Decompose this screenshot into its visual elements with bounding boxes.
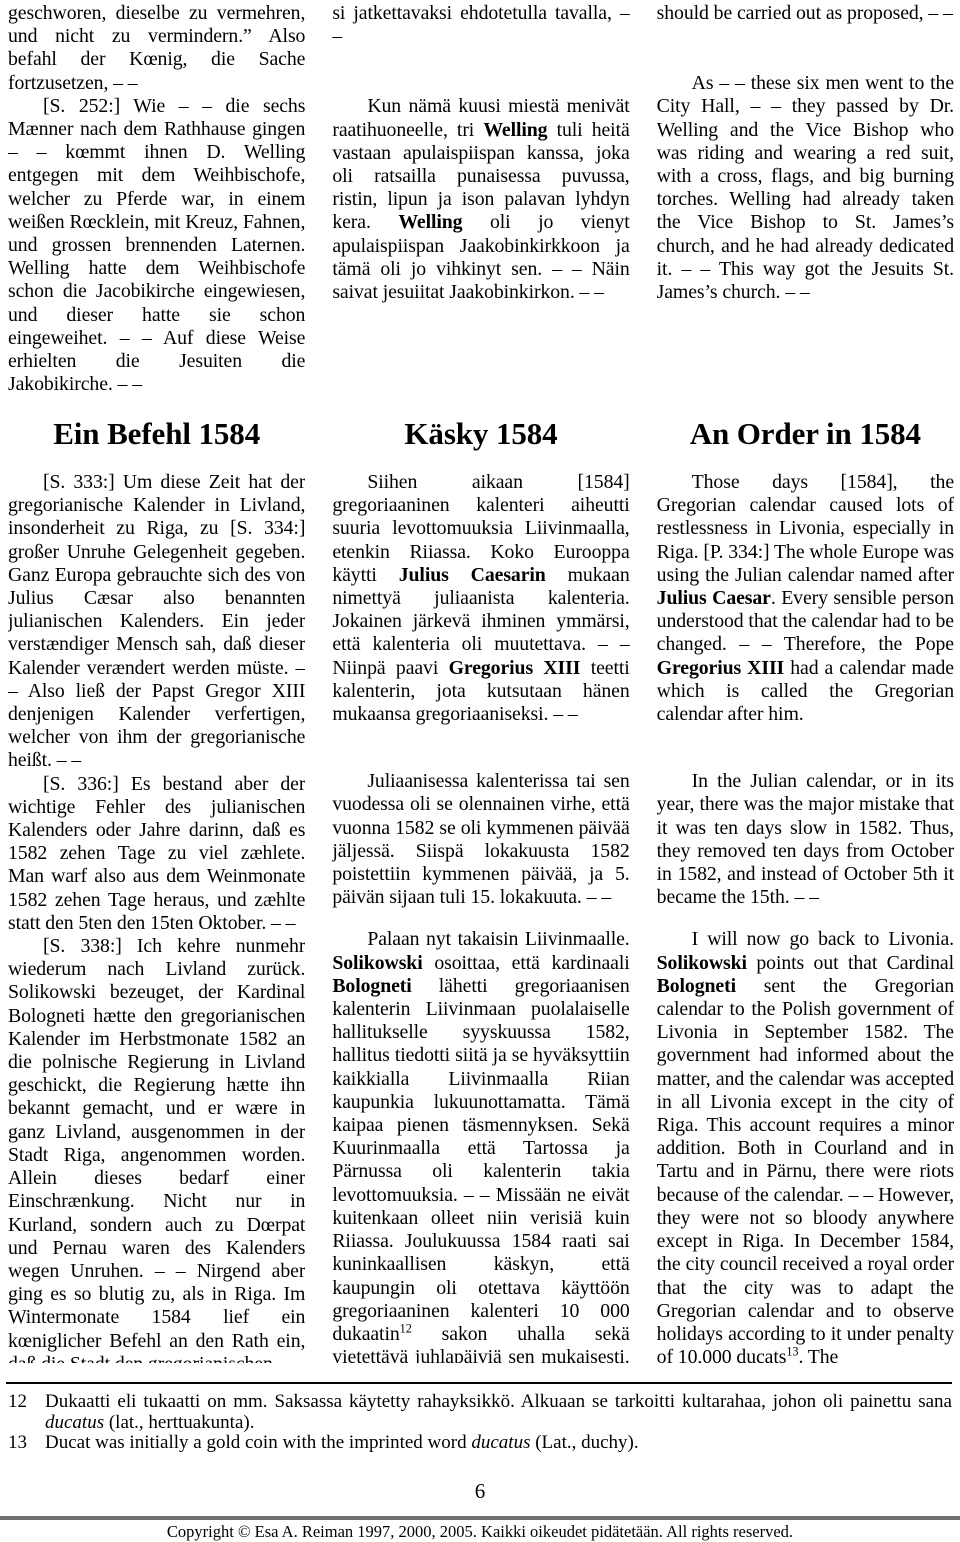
footnote-divider — [6, 1382, 952, 1384]
paragraph-german-s333: [S. 333:] Um diese Zeit hat der gregoria… — [8, 471, 305, 773]
document-page: geschworen, dieselbe zu vermehren, und n… — [0, 0, 960, 1542]
footnote-13: 13 Ducat was initially a gold coin with … — [8, 1433, 952, 1454]
paragraph-english-as-these: As – – these six men went to the City Ha… — [657, 72, 954, 304]
footnote-number: 13 — [8, 1433, 45, 1454]
paragraph-finnish-siihen-aikaan: Siihen aikaan [1584] gregoriaaninen kale… — [332, 471, 629, 726]
finnish-heading-row: Käsky 1584 — [332, 395, 629, 471]
column-finnish: si jatkettavaksi ehdotetulla tavalla, – … — [332, 2, 629, 1363]
paragraph-german-s338: [S. 338:] Ich kehre nunmehr wiederum nac… — [8, 935, 305, 1363]
german-body-section: [S. 333:] Um diese Zeit hat der gregoria… — [8, 471, 305, 1363]
paragraph-finnish-continuation: si jatkettavaksi ehdotetulla tavalla, – … — [332, 2, 629, 48]
paragraph-english-julian-mistake: In the Julian calendar, or in its year, … — [657, 770, 954, 909]
paragraph-english-continuation: should be carried out as proposed, – – — [657, 2, 954, 25]
copyright-line: Copyright © Esa A. Reiman 1997, 2000, 20… — [0, 1522, 960, 1542]
column-german: geschworen, dieselbe zu vermehren, und n… — [8, 2, 305, 1363]
column-english: should be carried out as proposed, – – A… — [657, 2, 954, 1363]
english-top-section: should be carried out as proposed, – – A… — [657, 2, 954, 395]
section-heading-german: Ein Befehl 1584 — [53, 418, 260, 449]
paragraph-finnish-juliaanisessa: Juliaanisessa kalenterissa tai sen vuode… — [332, 770, 629, 909]
paragraph-finnish-palaan-nyt: Palaan nyt takaisin Liivinmaalle. Soliko… — [332, 928, 629, 1363]
paragraph-german-s252: [S. 252:] Wie – – die sechs Mænner nach … — [8, 95, 305, 395]
paragraph-finnish-kun-nama: Kun nämä kuusi miestä menivät raatihuone… — [332, 95, 629, 304]
german-heading-row: Ein Befehl 1584 — [8, 395, 305, 471]
section-heading-english: An Order in 1584 — [690, 418, 921, 449]
paragraph-german-s336: [S. 336:] Es bestand aber der wichtige F… — [8, 773, 305, 935]
german-top-section: geschworen, dieselbe zu vermehren, und n… — [8, 2, 305, 395]
paragraph-english-back-to-livonia: I will now go back to Livonia. Solikowsk… — [657, 928, 954, 1363]
english-heading-row: An Order in 1584 — [657, 395, 954, 471]
footnote-12: 12 Dukaatti eli tukaatti on mm. Saksassa… — [8, 1392, 952, 1433]
english-body-section: Those days [1584], the Gregorian calenda… — [657, 471, 954, 1363]
page-number: 6 — [0, 1479, 960, 1504]
footnote-number: 12 — [8, 1392, 45, 1433]
footnote-text: Dukaatti eli tukaatti on mm. Saksassa kä… — [45, 1392, 952, 1433]
paragraph-german-continuation: geschworen, dieselbe zu vermehren, und n… — [8, 2, 305, 95]
section-heading-finnish: Käsky 1584 — [404, 418, 557, 449]
finnish-body-section: Siihen aikaan [1584] gregoriaaninen kale… — [332, 471, 629, 1363]
footnote-text: Ducat was initially a gold coin with the… — [45, 1433, 952, 1454]
finnish-top-section: si jatkettavaksi ehdotetulla tavalla, – … — [332, 2, 629, 395]
footnotes-section: 12 Dukaatti eli tukaatti on mm. Saksassa… — [8, 1392, 952, 1454]
footer-divider — [0, 1516, 960, 1520]
paragraph-english-those-days: Those days [1584], the Gregorian calenda… — [657, 471, 954, 726]
three-column-text: geschworen, dieselbe zu vermehren, und n… — [8, 2, 954, 1363]
